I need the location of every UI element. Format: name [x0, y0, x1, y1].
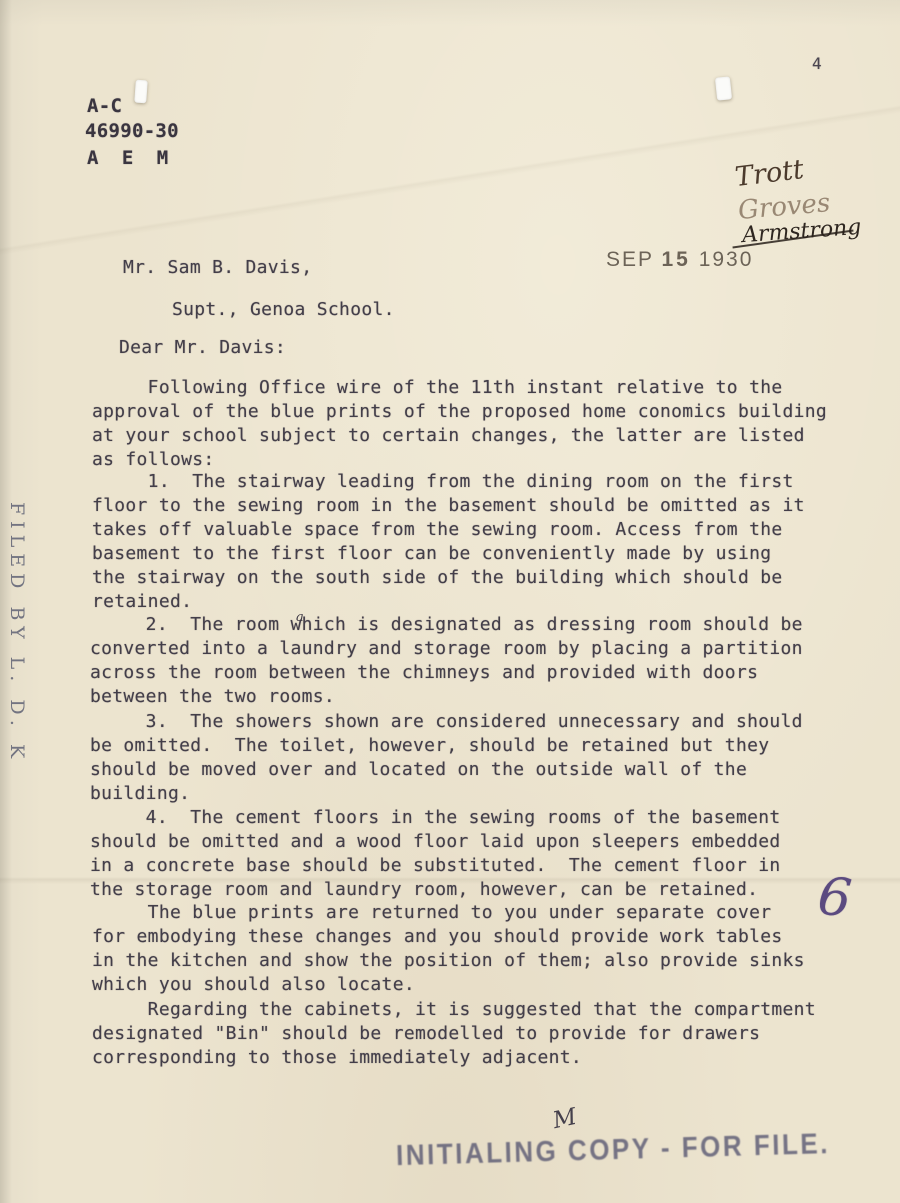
page-number: 4 [812, 52, 822, 76]
paragraph-item-4: 4. The cement floors in the sewing rooms… [90, 806, 781, 902]
initialing-copy-stamp: INITIALING COPY - FOR FILE. [396, 1126, 831, 1173]
recipient-title: Supt., Genoa School. [172, 298, 395, 322]
scanned-letter-page: 4 A-C 46990-30 A E M Trott Groves Armstr… [0, 0, 900, 1203]
paragraph-item-1: 1. The stairway leading from the dining … [92, 470, 805, 614]
filed-by-stamp: FILED BY L. D. K [6, 502, 28, 762]
handwritten-page-mark: 6 [815, 866, 854, 929]
paragraph-blueprints: The blue prints are returned to you unde… [92, 901, 805, 997]
file-reference-line-2: 46990-30 [85, 118, 179, 144]
handwritten-initial-mark: M [551, 1104, 579, 1134]
paragraph-intro: Following Office wire of the 11th instan… [92, 376, 827, 472]
paragraph-item-3: 3. The showers shown are considered unne… [90, 710, 803, 806]
date-stamp-year: 1930 [699, 248, 754, 271]
file-reference-line-3: A E M [87, 145, 174, 171]
punch-hole-left [134, 80, 148, 104]
date-stamp-month: SEP [606, 248, 654, 271]
recipient-name: Mr. Sam B. Davis, [123, 256, 312, 280]
punch-hole-right [715, 76, 732, 100]
handwritten-name-trott: Trott [733, 154, 805, 193]
file-reference-line-1: A-C [87, 93, 122, 119]
salutation: Dear Mr. Davis: [119, 336, 286, 360]
inserted-letter-annotation: a [296, 610, 304, 625]
date-received-stamp: SEP 15 1930 [606, 248, 753, 272]
paragraph-item-2: 2. The room which is designated as dress… [90, 613, 803, 709]
date-stamp-day: 15 [662, 248, 691, 271]
paragraph-cabinets: Regarding the cabinets, it is suggested … [92, 998, 816, 1070]
